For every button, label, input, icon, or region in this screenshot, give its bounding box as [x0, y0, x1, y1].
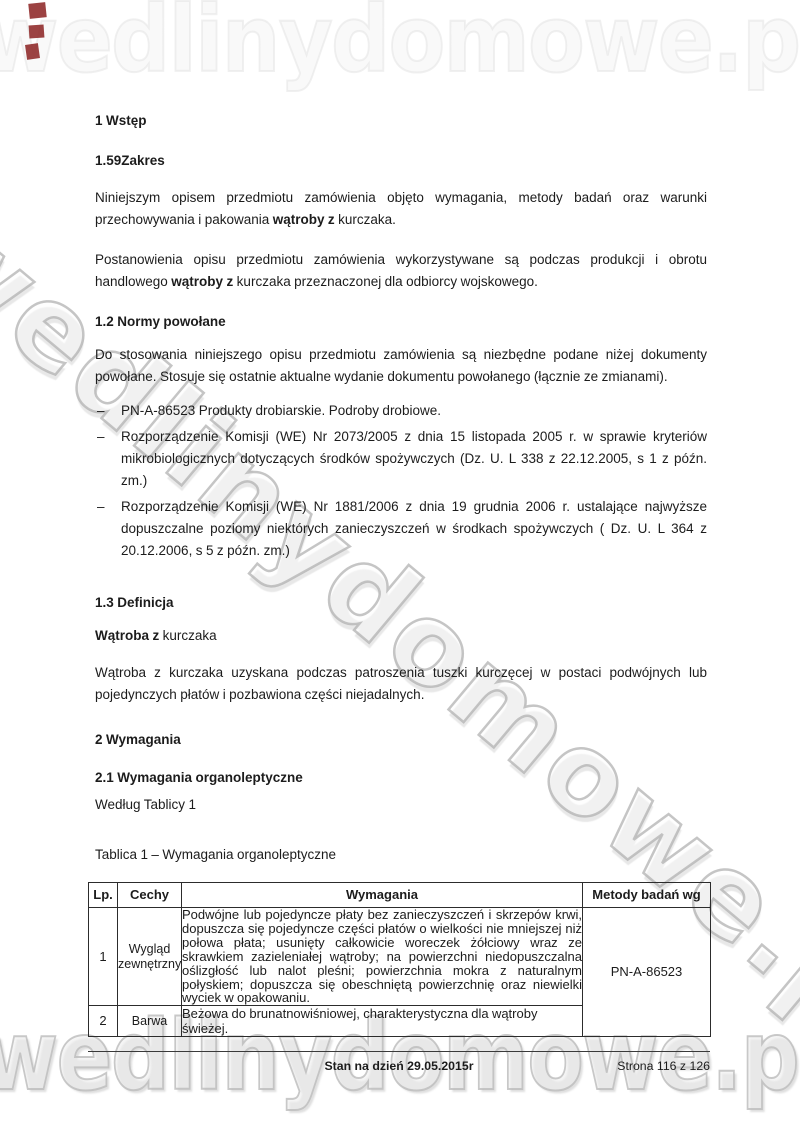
- paragraph-zakres: Niniejszym opisem przedmiotu zamówienia …: [95, 187, 707, 231]
- paragraph-definicja: Wątroba z kurczaka uzyskana podczas patr…: [95, 662, 707, 706]
- requirements-table: Lp. Cechy Wymagania Metody badań wg 1 Wy…: [88, 882, 711, 1037]
- cell-cecha: Wygląd zewnętrzny: [118, 908, 182, 1006]
- norm-list-item: Rozporządzenie Komisji (WE) Nr 1881/2006…: [95, 496, 707, 562]
- red-stamp-mark: [25, 43, 40, 60]
- paragraph-text: Niniejszym opisem przedmiotu zamówienia …: [95, 190, 707, 227]
- definition-term-rest: kurczaka: [159, 628, 216, 643]
- column-header-wymagania: Wymagania: [182, 883, 583, 908]
- heading-normy: 1.2 Normy powołane: [95, 311, 707, 333]
- norm-item-text: PN-A-86523 Produkty drobiarskie. Podroby…: [121, 403, 441, 418]
- paragraph-text: kurczaka przeznaczonej dla odbiorcy wojs…: [233, 274, 538, 289]
- cell-lp: 1: [89, 908, 118, 1006]
- cell-metoda: PN-A-86523: [583, 908, 711, 1037]
- footer-divider: [88, 1051, 710, 1052]
- paragraph-bold-text: wątroby z: [171, 274, 233, 289]
- norm-item-text: Rozporządzenie Komisji (WE) Nr 2073/2005…: [121, 429, 707, 488]
- column-header-metody: Metody badań wg: [583, 883, 711, 908]
- cell-cecha: Barwa: [118, 1006, 182, 1037]
- definition-term-bold: Wątroba z: [95, 628, 159, 643]
- red-stamp-mark: [29, 24, 45, 38]
- wedlug-tablicy-text: Według Tablicy 1: [95, 794, 707, 816]
- table-caption: Tablica 1 – Wymagania organoleptyczne: [95, 844, 707, 866]
- norm-list-item: PN-A-86523 Produkty drobiarskie. Podroby…: [95, 400, 707, 422]
- norm-list: PN-A-86523 Produkty drobiarskie. Podroby…: [95, 400, 707, 562]
- heading-wstep: 1 Wstęp: [95, 110, 707, 132]
- heading-zakres: 1.59Zakres: [95, 150, 707, 172]
- cell-lp: 2: [89, 1006, 118, 1037]
- table-header-row: Lp. Cechy Wymagania Metody badań wg: [89, 883, 711, 908]
- norm-list-item: Rozporządzenie Komisji (WE) Nr 2073/2005…: [95, 426, 707, 492]
- heading-definicja: 1.3 Definicja: [95, 592, 707, 614]
- paragraph-postanowienia: Postanowienia opisu przedmiotu zamówieni…: [95, 249, 707, 293]
- column-header-cechy: Cechy: [118, 883, 182, 908]
- heading-wymagania: 2 Wymagania: [95, 729, 707, 751]
- footer-page-number: Strona 116 z 126: [617, 1058, 710, 1074]
- paragraph-bold-text: wątroby z: [273, 212, 335, 227]
- heading-wymagania-organoleptyczne: 2.1 Wymagania organoleptyczne: [95, 767, 707, 789]
- cell-wymagania: Beżowa do brunatnowiśniowej, charakterys…: [182, 1006, 583, 1037]
- document-body: 1 Wstęp 1.59Zakres Niniejszym opisem prz…: [95, 0, 707, 1037]
- page-footer: Stan na dzień 29.05.2015r Strona 116 z 1…: [88, 1058, 710, 1076]
- paragraph-normy: Do stosowania niniejszego opisu przedmio…: [95, 344, 707, 388]
- paragraph-text: kurczaka.: [335, 212, 396, 227]
- definition-term: Wątroba z kurczaka: [95, 625, 707, 647]
- cell-wymagania: Podwójne lub pojedyncze płaty bez zaniec…: [182, 908, 583, 1006]
- document-page: wedlinydomowe.pl wedlinydomowe.pl wedlin…: [0, 0, 800, 1132]
- table-row: 1 Wygląd zewnętrzny Podwójne lub pojedyn…: [89, 908, 711, 1006]
- norm-item-text: Rozporządzenie Komisji (WE) Nr 1881/2006…: [121, 499, 707, 558]
- column-header-lp: Lp.: [89, 883, 118, 908]
- red-stamp-mark: [28, 2, 46, 19]
